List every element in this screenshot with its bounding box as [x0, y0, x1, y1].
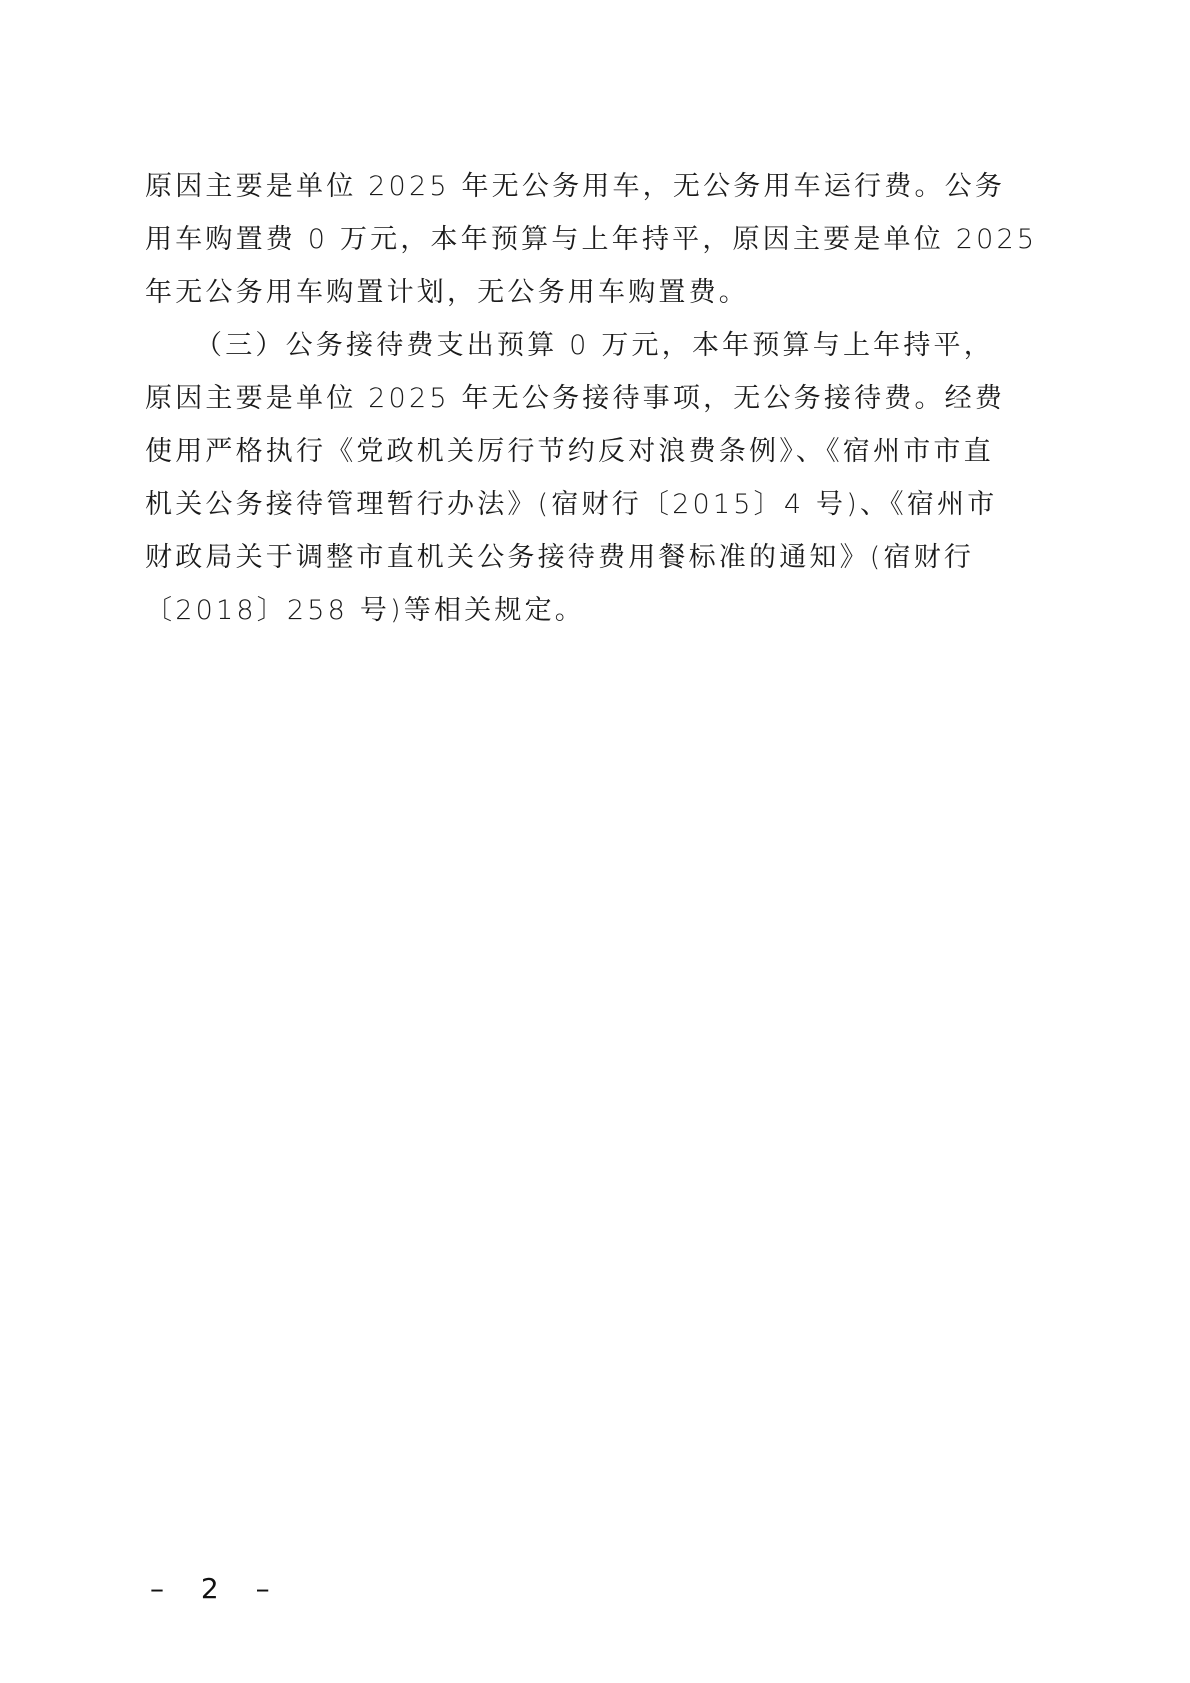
- paragraph-line-section-heading: （三）公务接待费支出预算 0 万元，本年预算与上年持平，: [145, 319, 1030, 372]
- paragraph-line: 使用严格执行《党政机关厉行节约反对浪费条例》、《宿州市市直: [145, 425, 1030, 478]
- paragraph-line: 原因主要是单位 2025 年无公务用车，无公务用车运行费。公务: [145, 160, 1030, 213]
- document-page: 原因主要是单位 2025 年无公务用车，无公务用车运行费。公务 用车购置费 0 …: [0, 0, 1190, 1683]
- page-number: – 2 –: [150, 1572, 284, 1605]
- paragraph-line: 用车购置费 0 万元，本年预算与上年持平，原因主要是单位 2025: [145, 213, 1030, 266]
- paragraph-line: 财政局关于调整市直机关公务接待费用餐标准的通知》(宿财行: [145, 531, 1030, 584]
- paragraph-line: 年无公务用车购置计划，无公务用车购置费。: [145, 266, 1030, 319]
- paragraph-line: 原因主要是单位 2025 年无公务接待事项，无公务接待费。经费: [145, 372, 1030, 425]
- document-body: 原因主要是单位 2025 年无公务用车，无公务用车运行费。公务 用车购置费 0 …: [145, 160, 1030, 637]
- paragraph-line: 机关公务接待管理暂行办法》(宿财行〔2015〕4 号)、《宿州市: [145, 478, 1030, 531]
- paragraph-line: 〔2018〕258 号)等相关规定。: [145, 584, 1030, 637]
